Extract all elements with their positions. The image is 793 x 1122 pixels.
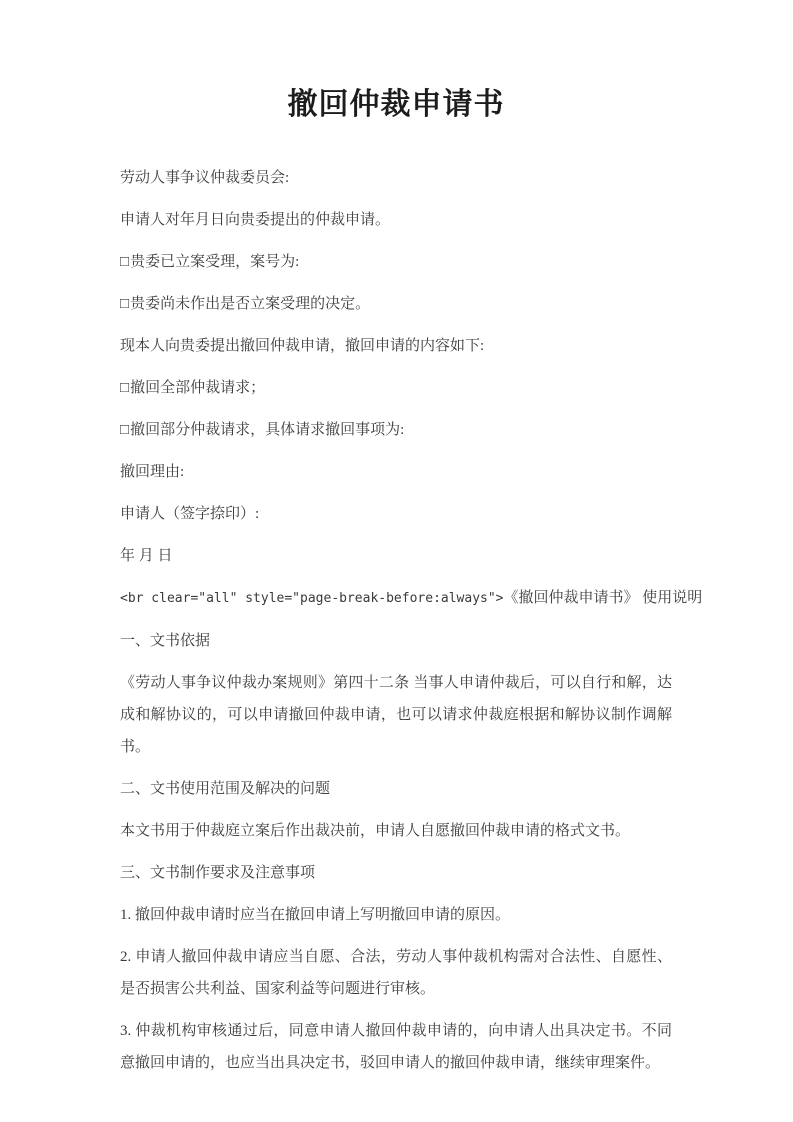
section-1-heading: 一、文书依据 — [120, 625, 672, 657]
section-2-heading-text: 二、文书使用范围及解决的问题 — [120, 781, 330, 797]
signature-line: 申请人（签字捺印）: — [120, 498, 672, 530]
option-withdraw-all-line: □撤回全部仲裁请求； — [120, 372, 672, 404]
option-case-filed-text: 贵委已立案受理，案号为: — [130, 254, 299, 270]
section-3-item-2: 2. 申请人撤回仲裁申请应当自愿、合法，劳动人事仲裁机构需对合法性、自愿性、是否… — [120, 941, 672, 1005]
section-2-body: 本文书用于仲裁庭立案后作出裁决前，申请人自愿撤回仲裁申请的格式文书。 — [120, 815, 672, 847]
html-code-text: <br clear="all" style="page-break-before… — [120, 591, 504, 606]
document-title: 撤回仲裁申请书 — [120, 84, 672, 126]
section-1-body-text: 《劳动人事争议仲裁办案规则》第四十二条 当事人申请仲裁后，可以自行和解，达成和解… — [120, 675, 672, 755]
option-withdraw-partial-line: □撤回部分仲裁请求，具体请求撤回事项为: — [120, 414, 672, 446]
section-2-heading: 二、文书使用范围及解决的问题 — [120, 773, 672, 805]
date-text: 年 月 日 — [120, 548, 173, 564]
checkbox-icon: □ — [120, 296, 129, 312]
option-case-pending-text: 贵委尚未作出是否立案受理的决定。 — [130, 296, 370, 312]
withdrawal-reason-text: 撤回理由: — [120, 464, 184, 480]
section-3-item-1: 1. 撤回仲裁申请时应当在撤回申请上写明撤回申请的原因。 — [120, 899, 672, 931]
salutation-line: 劳动人事争议仲裁委员会: — [120, 162, 672, 194]
section-1-body: 《劳动人事争议仲裁办案规则》第四十二条 当事人申请仲裁后，可以自行和解，达成和解… — [120, 667, 672, 763]
document-page: 撤回仲裁申请书 劳动人事争议仲裁委员会: 申请人对年月日向贵委提出的仲裁申请。 … — [0, 0, 793, 1122]
section-3-heading-text: 三、文书制作要求及注意事项 — [120, 865, 315, 881]
application-statement-line: 申请人对年月日向贵委提出的仲裁申请。 — [120, 204, 672, 236]
application-statement-text: 申请人对年月日向贵委提出的仲裁申请。 — [120, 212, 390, 228]
withdrawal-intro-line: 现本人向贵委提出撤回仲裁申请，撤回申请的内容如下: — [120, 330, 672, 362]
option-case-pending-line: □贵委尚未作出是否立案受理的决定。 — [120, 288, 672, 320]
withdrawal-reason-line: 撤回理由: — [120, 456, 672, 488]
usage-note-title-line: <br clear="all" style="page-break-before… — [120, 582, 672, 615]
usage-note-label: 《撤回仲裁申请书》 使用说明 — [504, 590, 703, 606]
date-line: 年 月 日 — [120, 540, 672, 572]
section-3-item-2-text: 2. 申请人撤回仲裁申请应当自愿、合法，劳动人事仲裁机构需对合法性、自愿性、是否… — [120, 949, 672, 997]
section-3-item-3: 3. 仲裁机构审核通过后，同意申请人撤回仲裁申请的，向申请人出具决定书。不同意撤… — [120, 1015, 672, 1079]
option-withdraw-partial-text: 撤回部分仲裁请求，具体请求撤回事项为: — [130, 422, 404, 438]
checkbox-icon: □ — [120, 254, 129, 270]
salutation-text: 劳动人事争议仲裁委员会: — [120, 170, 289, 186]
withdrawal-intro-text: 现本人向贵委提出撤回仲裁申请，撤回申请的内容如下: — [120, 338, 484, 354]
section-3-heading: 三、文书制作要求及注意事项 — [120, 857, 672, 889]
signature-text: 申请人（签字捺印）: — [120, 506, 259, 522]
section-2-body-text: 本文书用于仲裁庭立案后作出裁决前，申请人自愿撤回仲裁申请的格式文书。 — [120, 823, 630, 839]
checkbox-icon: □ — [120, 422, 129, 438]
option-withdraw-all-text: 撤回全部仲裁请求； — [130, 380, 265, 396]
section-3-item-3-text: 3. 仲裁机构审核通过后，同意申请人撤回仲裁申请的，向申请人出具决定书。不同意撤… — [120, 1023, 672, 1071]
checkbox-icon: □ — [120, 380, 129, 396]
section-1-heading-text: 一、文书依据 — [120, 633, 210, 649]
section-3-item-1-text: 1. 撤回仲裁申请时应当在撤回申请上写明撤回申请的原因。 — [120, 907, 510, 923]
option-case-filed-line: □贵委已立案受理，案号为: — [120, 246, 672, 278]
